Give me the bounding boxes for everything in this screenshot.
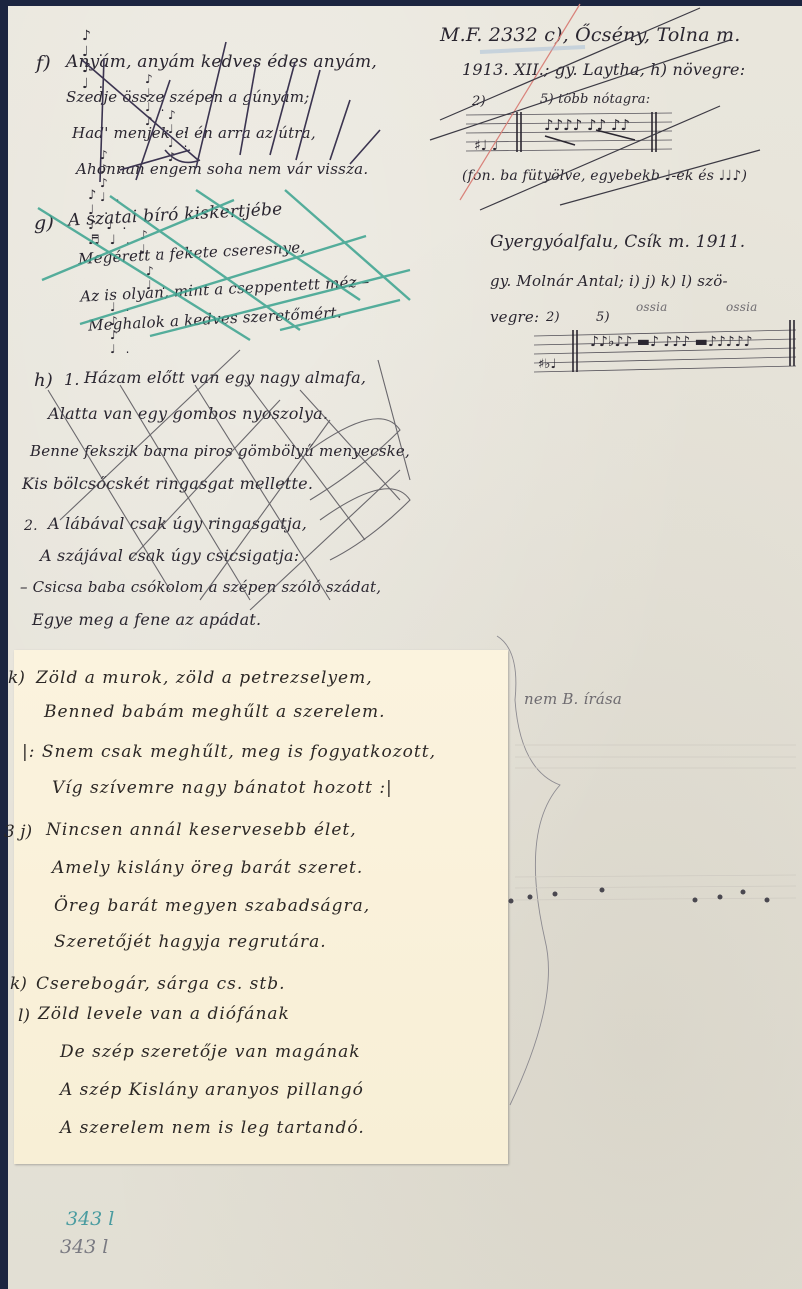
staff-label: 2) <box>546 310 560 325</box>
song-line: A lábával csak úgy ringasgatja, <box>48 514 307 533</box>
song-label: k) <box>8 668 25 688</box>
staff-label: 5) <box>596 310 610 325</box>
ossia-label: ossia <box>636 300 668 314</box>
song-line: Zöld levele van a diófának <box>38 1004 290 1024</box>
catalog-number: 343 l <box>66 1208 114 1230</box>
song-line: Öreg barát megyen szabadságra, <box>54 896 370 916</box>
song-line: Házam előtt van egy nagy almafa, <box>84 368 366 387</box>
verse-number: 2. <box>24 518 38 534</box>
entry-header: M.F. 2332 c), Őcsény, Tolna m. <box>440 24 740 46</box>
staff-label: 5) több nótagra: <box>540 92 650 107</box>
entry-header: vegre: <box>490 308 539 326</box>
song-label: f) <box>36 52 51 74</box>
song-label: g) <box>34 212 54 234</box>
song-line: Amely kislány öreg barát szeret. <box>52 858 363 878</box>
song-line: De szép szeretője van magának <box>60 1042 361 1062</box>
song-line: Szeretőjét hagyja regrutára. <box>54 932 327 952</box>
ossia-label: ossia <box>726 300 758 314</box>
song-line: Víg szívemre nagy bánatot hozott :| <box>52 778 393 798</box>
entry-header: gy. Molnár Antal; i) j) k) l) szö- <box>490 272 728 290</box>
entry-header: Gyergyóalfalu, Csík m. 1911. <box>490 232 745 252</box>
pasted-slip: k) Zöld a murok, zöld a petrezselyem, Be… <box>14 650 508 1164</box>
song-line: Kis bölcsőcskét ringasgat mellette. <box>22 474 313 493</box>
song-label: k) <box>10 974 27 994</box>
song-line: Benne fekszik barna piros gömbölyű menye… <box>30 442 410 460</box>
song-label: 3 j) <box>4 822 32 842</box>
pencil-note: nem B. írása <box>524 690 622 708</box>
song-line: Benned babám meghűlt a szerelem. <box>44 702 385 722</box>
song-line: Nincsen annál keservesebb élet, <box>46 820 357 840</box>
song-line: Egye meg a fene az apádat. <box>32 610 261 629</box>
song-line: Ahonnan engem soha nem vár vissza. <box>76 160 368 178</box>
catalog-number: 343 l <box>60 1236 108 1258</box>
song-label: l) <box>18 1006 30 1026</box>
song-line: A szerelem nem is leg tartandó. <box>60 1118 365 1138</box>
song-line: Szedje össze szépen a gúnyám; <box>66 88 309 106</box>
verse-number: 1. <box>64 370 80 389</box>
song-line: Alatta van egy gombos nyoszolya. <box>48 404 328 423</box>
song-line: |: Snem csak meghűlt, meg is fogyatkozot… <box>22 742 436 762</box>
song-label: h) <box>34 370 53 391</box>
song-line: Anyám, anyám kedves édes anyám, <box>66 52 377 72</box>
entry-header: 1913. XII.; gy. Laytha, h) növegre: <box>462 60 745 79</box>
song-line: – Csicsa baba csókolom a szépen szóló sz… <box>20 578 381 596</box>
song-line: A szép Kislány aranyos pillangó <box>60 1080 364 1100</box>
song-line: A szájával csak úgy csicsigatja: <box>40 546 299 565</box>
staff-label: 2) <box>472 94 486 109</box>
entry-note: (fon. ba fütyölve, egyebekb ♩-ek és ♩♩♪) <box>462 168 747 184</box>
song-line: Cserebogár, sárga cs. stb. <box>36 974 285 994</box>
song-line: Had' menjek el én arra az útra, <box>72 124 316 142</box>
song-line: Zöld a murok, zöld a petrezselyem, <box>36 668 373 688</box>
